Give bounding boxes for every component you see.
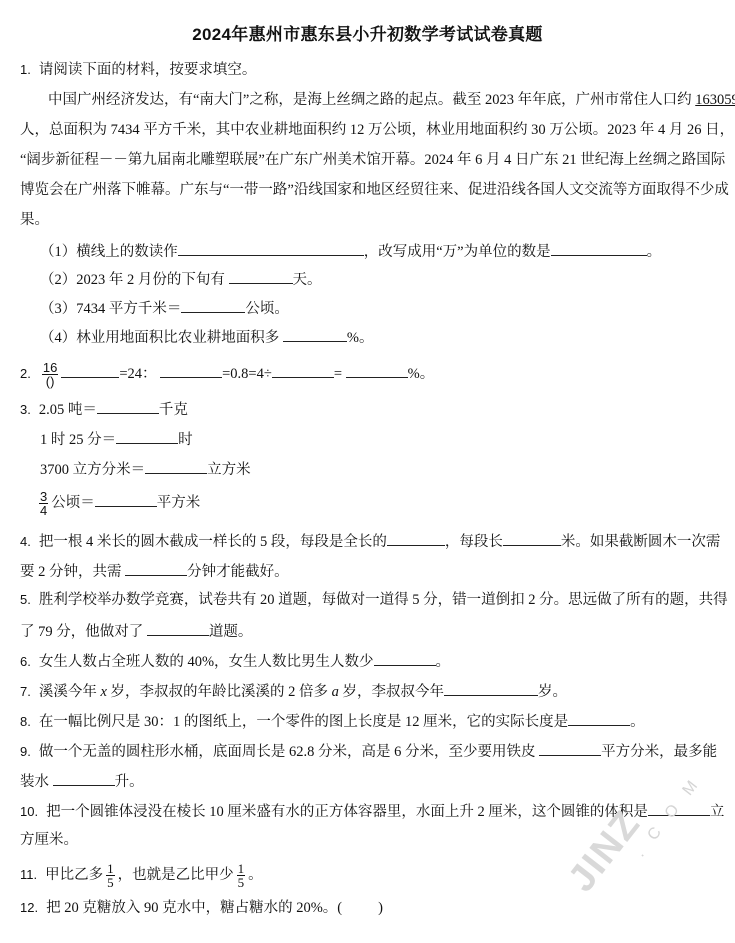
answer-blank[interactable]: [97, 398, 159, 414]
fraction-numerator: 16: [42, 361, 58, 375]
sub-text: ，改写成用“万”为单位的数是: [364, 244, 551, 260]
question-number: 4.: [20, 534, 31, 549]
question-number: 5.: [20, 592, 31, 607]
fraction: 34: [39, 490, 48, 517]
math-text: =24：: [119, 366, 156, 382]
question-10-line-1: 10.把一个圆锥体浸没在棱长 10 厘米盛有水的正方体容器里，水面上升 2 厘米…: [20, 800, 724, 822]
question-text: 。: [436, 654, 451, 670]
question-text: 分钟才能截好。: [187, 564, 289, 580]
passage-line-3: “阔步新征程－－第九届南北雕塑联展”在广东广州美术馆开幕。2024 年 6 月 …: [20, 150, 725, 170]
question-11: 11.甲比乙多15，也就是乙比甲少15。: [20, 862, 263, 889]
question-text: 胜利学校举办数学竞赛，试卷共有 20 道题，每做对一道得 5 分，错一道倒扣 2…: [39, 592, 728, 608]
question-text: 把 20 克糖放入 90 克水中，糖占糖水的 20%。(: [46, 900, 342, 916]
sub-text: 。: [647, 244, 662, 260]
q1-sub2: （2）2023 年 2 月份的下旬有 天。: [40, 268, 322, 290]
fraction: 15: [237, 862, 246, 889]
q1-sub4: （4）林业用地面积比农业耕地面积多 %。: [40, 326, 373, 348]
answer-blank[interactable]: [444, 680, 538, 696]
unit-text: 平方米: [157, 495, 201, 511]
question-text: 。: [248, 867, 263, 883]
answer-blank[interactable]: [95, 491, 157, 507]
answer-blank[interactable]: [53, 770, 115, 786]
answer-blank[interactable]: [374, 650, 436, 666]
question-number: 1.: [20, 62, 31, 77]
question-text: 升。: [115, 774, 144, 790]
question-5-line-2: 了 79 分，他做对了 道题。: [20, 620, 252, 642]
question-text: 做一个无盖的圆柱形水桶，底面周长是 62.8 分米，高是 6 分米，至少要用铁皮: [39, 744, 539, 760]
question-number: 2.: [20, 366, 31, 381]
question-text: 平方分米，最多能: [601, 744, 717, 760]
question-6: 6.女生人数占全班人数的 40%，女生人数比男生人数少。: [20, 650, 450, 672]
answer-blank[interactable]: [178, 240, 364, 256]
math-text: 3700 立方分米＝: [40, 462, 145, 478]
question-text: 。: [630, 714, 645, 730]
answer-blank[interactable]: [160, 362, 222, 378]
question-1-prompt: 1.请阅读下面的材料，按要求填空。: [20, 60, 256, 80]
fraction-denominator: 4: [40, 504, 47, 517]
answer-blank[interactable]: [283, 326, 347, 342]
question-number: 10.: [20, 804, 38, 819]
question-number: 9.: [20, 744, 31, 759]
sub-text: 公顷。: [245, 301, 289, 317]
question-text: 米。如果截断圆木一次需: [561, 534, 721, 550]
answer-blank[interactable]: [125, 560, 187, 576]
answer-blank[interactable]: [61, 362, 119, 378]
fraction: 16(): [42, 361, 58, 388]
answer-blank[interactable]: [229, 268, 293, 284]
passage-text: 中国广州经济发达，有“南大门”之称，是海上丝绸之路的起点。截至 2023 年年底…: [48, 92, 695, 108]
question-4-line-1: 4.把一根 4 米长的圆木截成一样长的 5 段，每段是全长的，每段长米。如果截断…: [20, 530, 720, 552]
sub-text: 天。: [293, 272, 322, 288]
question-3-line-3: 3700 立方分米＝立方米: [40, 458, 251, 480]
question-text: 装水: [20, 774, 53, 790]
answer-blank[interactable]: [551, 240, 647, 256]
answer-blank[interactable]: [539, 740, 601, 756]
answer-blank[interactable]: [503, 530, 561, 546]
page-title: 2024年惠州市惠东县小升初数学考试试卷真题: [0, 20, 735, 45]
question-text: 女生人数占全班人数的 40%，女生人数比男生人数少: [39, 654, 374, 670]
answer-blank[interactable]: [181, 297, 245, 313]
question-number: 8.: [20, 714, 31, 729]
math-text: %。: [408, 366, 435, 382]
math-text: 2.05 吨＝: [39, 402, 97, 418]
question-text: 岁，李叔叔今年: [339, 684, 444, 700]
math-text: 公顷＝: [51, 495, 95, 511]
question-text: 道题。: [209, 624, 253, 640]
question-10-line-2: 方厘米。: [20, 830, 78, 850]
question-9-line-1: 9.做一个无盖的圆柱形水桶，底面周长是 62.8 分米，高是 6 分米，至少要用…: [20, 740, 717, 762]
question-text: 要 2 分钟，共需: [20, 564, 125, 580]
answer-blank[interactable]: [272, 362, 334, 378]
question-3-line-1: 3.2.05 吨＝千克: [20, 398, 188, 420]
q1-sub1: （1）横线上的数读作，改写成用“万”为单位的数是。: [40, 240, 661, 262]
question-number: 3.: [20, 402, 31, 417]
q1-sub3: （3）7434 平方千米＝公顷。: [40, 297, 289, 319]
question-4-line-2: 要 2 分钟，共需 分钟才能截好。: [20, 560, 289, 582]
fraction: 15: [106, 862, 115, 889]
sub-text: （3）7434 平方千米＝: [40, 301, 181, 317]
math-text: 1 时 25 分＝: [40, 432, 116, 448]
question-text: 在一幅比例尺是 30：1 的图纸上，一个零件的图上长度是 12 厘米，它的实际长…: [39, 714, 568, 730]
passage-line-4: 博览会在广州落下帷幕。广东与“一带一路”沿线国家和地区经贸往来、促进沿线各国人文…: [20, 180, 729, 200]
question-2: 2.16()=24： =0.8=4÷= %。: [20, 361, 434, 388]
question-text: 溪溪今年: [39, 684, 101, 700]
question-text: 把一个圆锥体浸没在棱长 10 厘米盛有水的正方体容器里，水面上升 2 厘米，这个…: [46, 804, 648, 820]
math-text: =: [334, 366, 342, 382]
question-8: 8.在一幅比例尺是 30：1 的图纸上，一个零件的图上长度是 12 厘米，它的实…: [20, 710, 645, 732]
question-text: 了 79 分，他做对了: [20, 624, 147, 640]
question-9-line-2: 装水 升。: [20, 770, 144, 792]
answer-blank[interactable]: [145, 458, 207, 474]
fraction-denominator: 5: [107, 876, 114, 889]
unit-text: 千克: [159, 402, 188, 418]
watermark-logo: JINZ . C O M: [560, 760, 735, 943]
fraction-numerator: 3: [39, 490, 48, 504]
question-3-line-4: 34公顷＝平方米: [36, 490, 200, 517]
underlined-number: 16305900: [695, 92, 735, 108]
unit-text: 时: [178, 432, 193, 448]
prompt-text: 请阅读下面的材料，按要求填空。: [39, 62, 257, 78]
question-number: 7.: [20, 684, 31, 699]
sub-text: （1）横线上的数读作: [40, 244, 178, 260]
question-number: 6.: [20, 654, 31, 669]
sub-text: （2）2023 年 2 月份的下旬有: [40, 272, 229, 288]
question-text: 岁，李叔叔的年龄比溪溪的 2 倍多: [107, 684, 332, 700]
answer-blank[interactable]: [147, 620, 209, 636]
question-text: 立: [710, 804, 725, 820]
math-text: =0.8=4÷: [222, 366, 272, 382]
question-text: ，每段长: [445, 534, 503, 550]
answer-blank[interactable]: [116, 428, 178, 444]
answer-blank[interactable]: [648, 800, 710, 816]
sub-text: %。: [347, 330, 374, 346]
answer-blank[interactable]: [568, 710, 630, 726]
question-text: 岁。: [538, 684, 567, 700]
question-text: 甲比乙多: [45, 867, 103, 883]
fraction-numerator: 1: [106, 862, 115, 876]
unit-text: 立方米: [207, 462, 251, 478]
question-7: 7.溪溪今年 x 岁，李叔叔的年龄比溪溪的 2 倍多 a 岁，李叔叔今年岁。: [20, 680, 567, 702]
variable-a: a: [332, 684, 339, 700]
question-12: 12.把 20 克糖放入 90 克水中，糖占糖水的 20%。(): [20, 898, 383, 918]
question-text: 把一根 4 米长的圆木截成一样长的 5 段，每段是全长的: [39, 534, 387, 550]
fraction-numerator: 1: [237, 862, 246, 876]
fraction-denominator: (): [46, 375, 55, 388]
question-5-line-1: 5.胜利学校举办数学竞赛，试卷共有 20 道题，每做对一道得 5 分，错一道倒扣…: [20, 590, 728, 610]
passage-line-2: 人，总面积为 7434 平方千米，其中农业耕地面积约 12 万公顷，林业用地面积…: [20, 120, 734, 140]
passage-line-1: 中国广州经济发达，有“南大门”之称，是海上丝绸之路的起点。截至 2023 年年底…: [48, 90, 735, 110]
question-number: 11.: [20, 867, 37, 882]
answer-blank[interactable]: [346, 362, 408, 378]
question-text: ，也就是乙比甲少: [118, 867, 234, 883]
question-text: ): [378, 900, 383, 916]
question-number: 12.: [20, 900, 38, 915]
question-3-line-2: 1 时 25 分＝时: [40, 428, 193, 450]
fraction-denominator: 5: [238, 876, 245, 889]
answer-blank[interactable]: [387, 530, 445, 546]
passage-line-5: 果。: [20, 210, 49, 230]
sub-text: （4）林业用地面积比农业耕地面积多: [40, 330, 283, 346]
